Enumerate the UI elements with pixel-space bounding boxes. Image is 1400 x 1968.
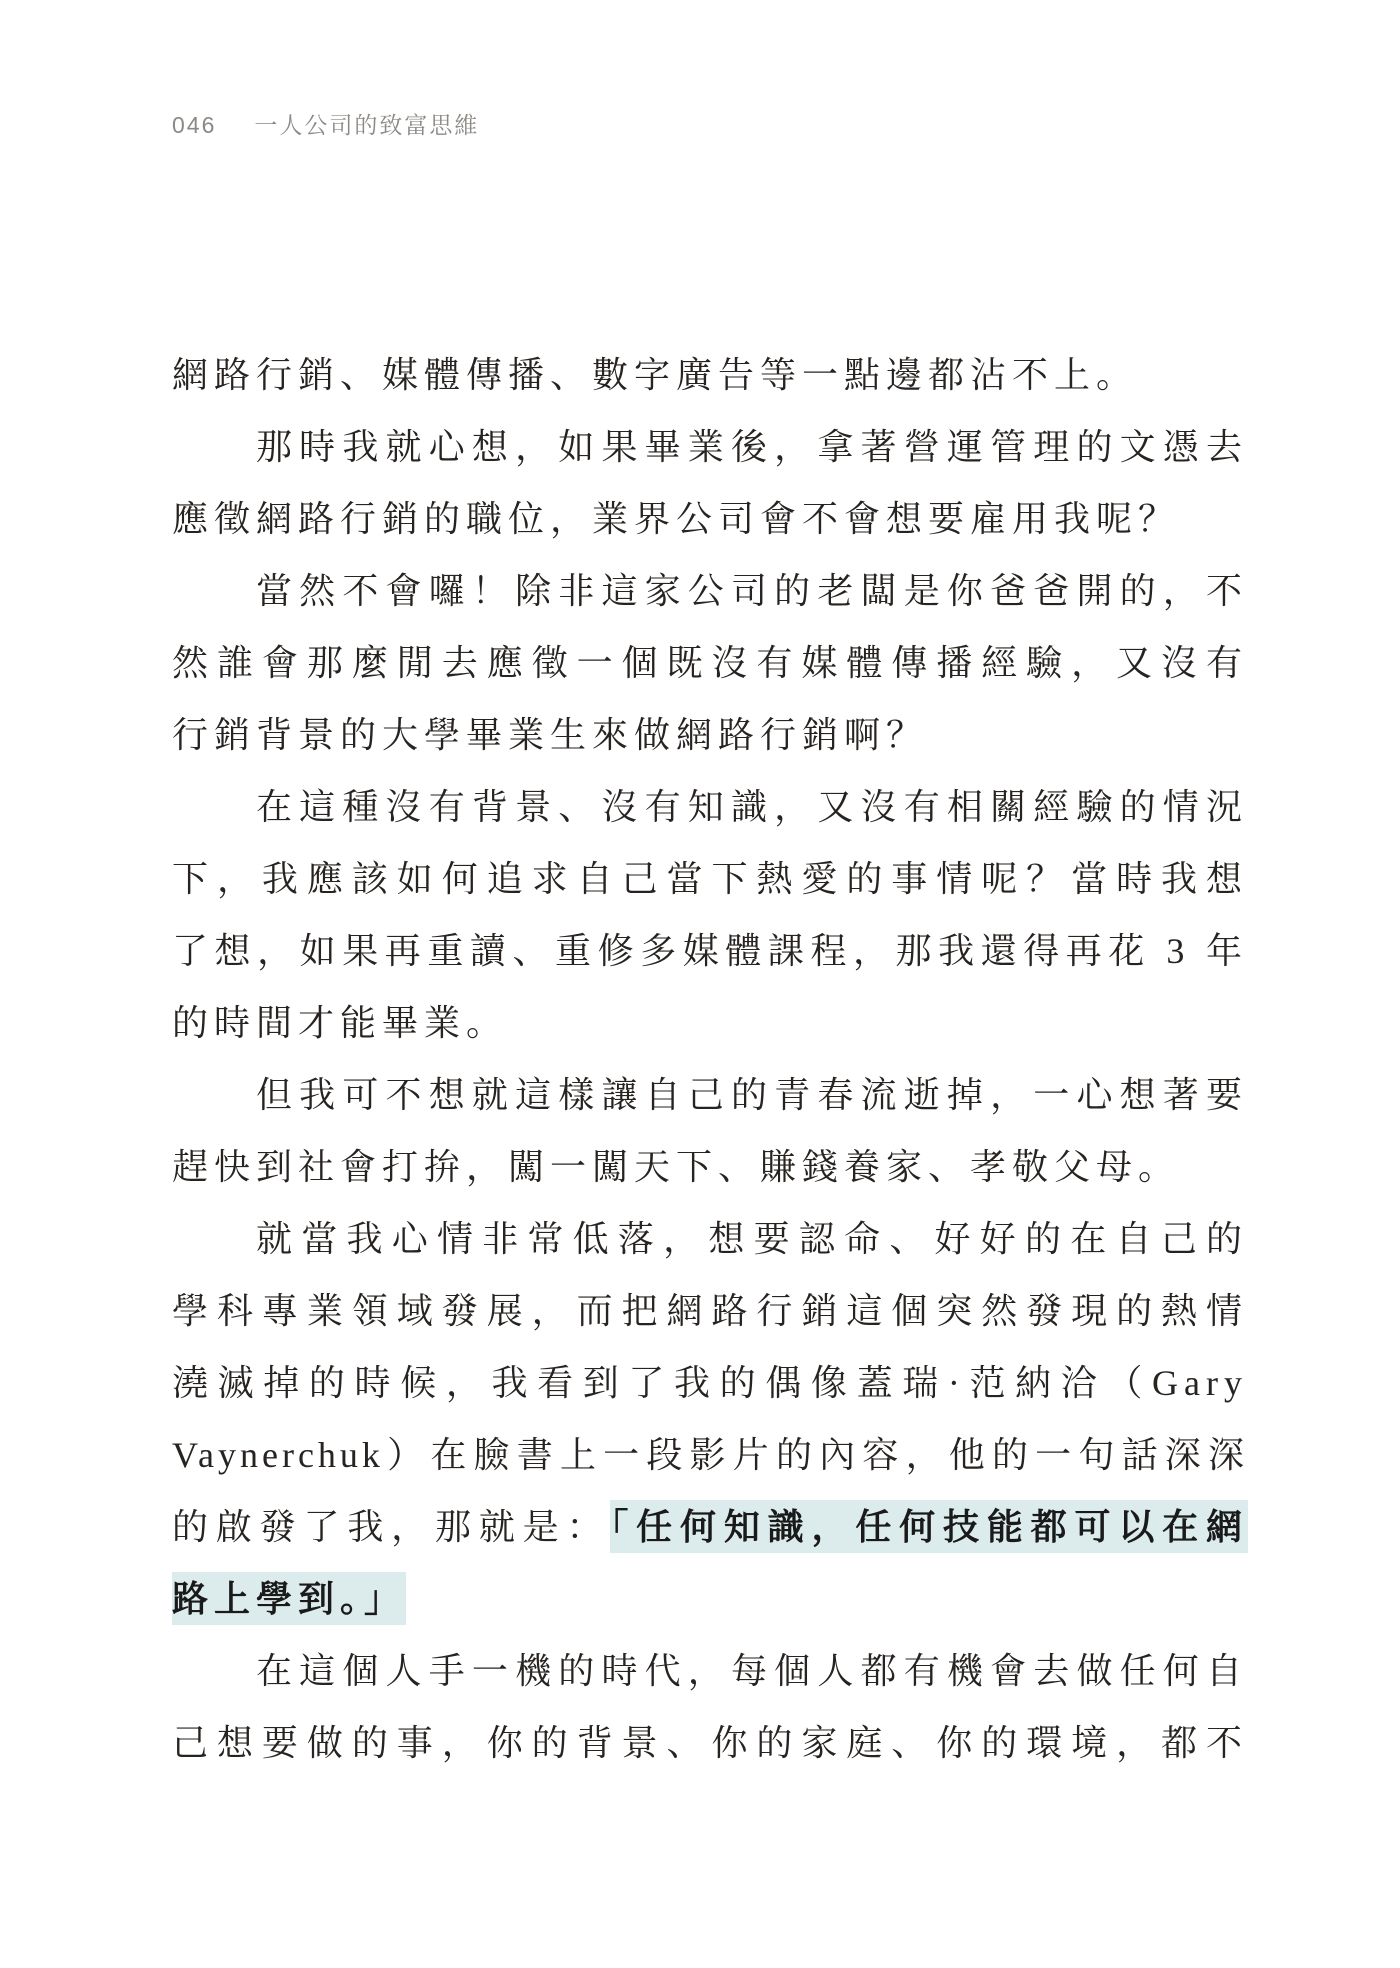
text-line: 澆滅掉的時候，我看到了我的偶像蓋瑞·范納洽（Gary <box>172 1347 1248 1419</box>
text-line: 的時間才能畢業。 <box>172 987 1248 1059</box>
text-run: 就當我心情非常低落，想要認命、好好的在自己的 <box>256 1219 1248 1259</box>
text-run: 然誰會那麼閒去應徵一個既沒有媒體傳播經驗，又沒有 <box>172 643 1248 683</box>
text-line: Vaynerchuk）在臉書上一段影片的內容，他的一句話深深 <box>172 1419 1248 1491</box>
text-run: 當然不會囉！除非這家公司的老闆是你爸爸開的，不 <box>256 571 1248 611</box>
text-run: 下，我應該如何追求自己當下熱愛的事情呢？當時我想 <box>172 859 1248 899</box>
text-line: 但我可不想就這樣讓自己的青春流逝掉，一心想著要 <box>172 1059 1248 1131</box>
running-header: 046 一人公司的致富思維 <box>172 106 479 144</box>
highlighted-quote: 「任何知識，任何技能都可以在網 <box>610 1500 1248 1553</box>
text-run: 趕快到社會打拚，闖一闖天下、賺錢養家、孝敬父母。 <box>172 1147 1180 1187</box>
body-text: 網路行銷、媒體傳播、數字廣告等一點邊都沾不上。那時我就心想，如果畢業後，拿著營運… <box>172 339 1248 1779</box>
text-run: 了想，如果再重讀、重修多媒體課程，那我還得再花 3 年 <box>172 931 1248 971</box>
text-line: 下，我應該如何追求自己當下熱愛的事情呢？當時我想 <box>172 843 1248 915</box>
text-line: 路上學到。」 <box>172 1563 1248 1635</box>
text-line: 應徵網路行銷的職位，業界公司會不會想要雇用我呢？ <box>172 483 1248 555</box>
text-run: 行銷背景的大學畢業生來做網路行銷啊？ <box>172 715 928 755</box>
text-line: 的啟發了我，那就是：「任何知識，任何技能都可以在網 <box>172 1491 1248 1563</box>
text-line: 網路行銷、媒體傳播、數字廣告等一點邊都沾不上。 <box>172 339 1248 411</box>
text-run: Vaynerchuk）在臉書上一段影片的內容，他的一句話深深 <box>172 1435 1248 1475</box>
highlighted-quote: 路上學到。」 <box>172 1572 406 1625</box>
text-line: 然誰會那麼閒去應徵一個既沒有媒體傳播經驗，又沒有 <box>172 627 1248 699</box>
text-run: 的時間才能畢業。 <box>172 1003 508 1043</box>
text-line: 在這個人手一機的時代，每個人都有機會去做任何自 <box>172 1635 1248 1707</box>
text-run: 學科專業領域發展，而把網路行銷這個突然發現的熱情 <box>172 1291 1248 1331</box>
text-line: 己想要做的事，你的背景、你的家庭、你的環境，都不 <box>172 1707 1248 1779</box>
text-line: 行銷背景的大學畢業生來做網路行銷啊？ <box>172 699 1248 771</box>
text-line: 在這種沒有背景、沒有知識，又沒有相關經驗的情況 <box>172 771 1248 843</box>
text-line: 就當我心情非常低落，想要認命、好好的在自己的 <box>172 1203 1248 1275</box>
text-line: 學科專業領域發展，而把網路行銷這個突然發現的熱情 <box>172 1275 1248 1347</box>
text-line: 當然不會囉！除非這家公司的老闆是你爸爸開的，不 <box>172 555 1248 627</box>
book-title: 一人公司的致富思維 <box>254 106 479 144</box>
text-line: 趕快到社會打拚，闖一闖天下、賺錢養家、孝敬父母。 <box>172 1131 1248 1203</box>
book-page: { "header": { "page_number": "046", "boo… <box>0 0 1400 1968</box>
text-run: 澆滅掉的時候，我看到了我的偶像蓋瑞·范納洽（Gary <box>172 1363 1248 1403</box>
text-run: 己想要做的事，你的背景、你的家庭、你的環境，都不 <box>172 1723 1248 1763</box>
text-run: 應徵網路行銷的職位，業界公司會不會想要雇用我呢？ <box>172 499 1180 539</box>
text-run: 網路行銷、媒體傳播、數字廣告等一點邊都沾不上。 <box>172 355 1138 395</box>
text-run: 那時我就心想，如果畢業後，拿著營運管理的文憑去 <box>256 427 1248 467</box>
text-run: 在這種沒有背景、沒有知識，又沒有相關經驗的情況 <box>256 787 1248 827</box>
page-number: 046 <box>172 106 216 144</box>
text-line: 那時我就心想，如果畢業後，拿著營運管理的文憑去 <box>172 411 1248 483</box>
text-run: 在這個人手一機的時代，每個人都有機會去做任何自 <box>256 1651 1248 1691</box>
text-run: 的啟發了我，那就是： <box>172 1507 610 1547</box>
text-run: 但我可不想就這樣讓自己的青春流逝掉，一心想著要 <box>256 1075 1248 1115</box>
text-line: 了想，如果再重讀、重修多媒體課程，那我還得再花 3 年 <box>172 915 1248 987</box>
